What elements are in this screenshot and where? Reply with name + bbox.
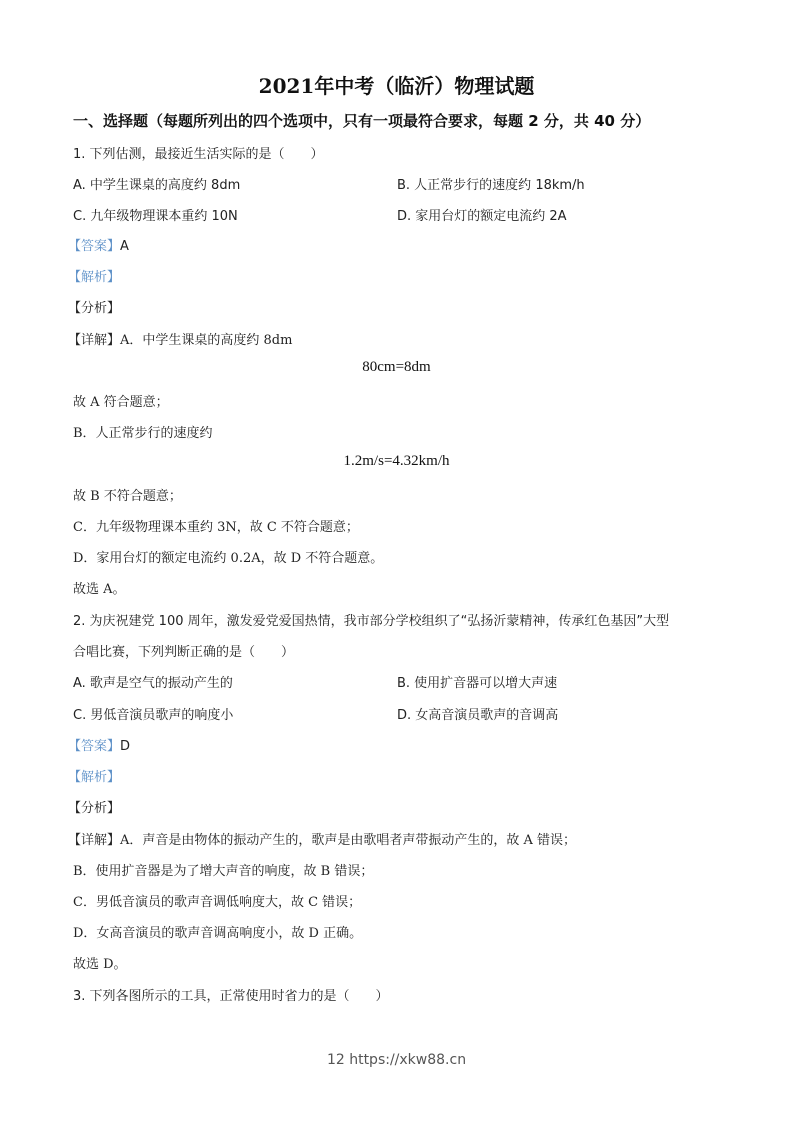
q1-detail-line: C．九年级物理课本重约 3N，故 C 不符合题意； bbox=[73, 516, 359, 535]
q1-equation: 1.2m/s=4.32km/h bbox=[0, 453, 793, 470]
q2-detail-line: C．男低音演员的歌声音调低响度大，故 C 错误； bbox=[73, 891, 361, 910]
q1-detail-line: 故 A 符合题意； bbox=[73, 391, 169, 410]
q2-option-b: B. 使用扩音器可以增大声速 bbox=[397, 672, 557, 691]
answer-value: A bbox=[120, 239, 129, 254]
q2-detail-line: 故选 D。 bbox=[73, 953, 127, 972]
q2-detail-line: B．使用扩音器是为了增大声音的响度，故 B 错误； bbox=[73, 860, 373, 879]
question-2-stem-line2: 合唱比赛，下列判断正确的是（ ） bbox=[73, 641, 294, 660]
question-1-stem: 1. 下列估测，最接近生活实际的是（ ） bbox=[73, 143, 324, 162]
q1-detail-line: 故 B 不符合题意； bbox=[73, 485, 182, 504]
q1-detail-line: 故选 A。 bbox=[73, 578, 126, 597]
q1-fenxi-label: 【分析】 bbox=[68, 297, 120, 316]
section-heading: 一、选择题（每题所列出的四个选项中，只有一项最符合要求，每题 2 分，共 40 … bbox=[73, 110, 650, 131]
q2-option-c: C. 男低音演员歌声的响度小 bbox=[73, 704, 233, 723]
answer-label: 【答案】 bbox=[68, 739, 120, 754]
q1-detail-line: 【详解】A．中学生课桌的高度约 8dm bbox=[68, 329, 292, 348]
q1-analysis-label: 【解析】 bbox=[68, 266, 120, 285]
q1-equation: 80cm=8dm bbox=[0, 359, 793, 376]
answer-label: 【答案】 bbox=[68, 239, 120, 254]
q1-option-c: C. 九年级物理课本重约 10N bbox=[73, 205, 238, 224]
q1-detail-line: B．人正常步行的速度约 bbox=[73, 422, 213, 441]
q1-option-d: D. 家用台灯的额定电流约 2A bbox=[397, 205, 567, 224]
q2-option-d: D. 女高音演员歌声的音调高 bbox=[397, 704, 558, 723]
q2-fenxi-label: 【分析】 bbox=[68, 797, 120, 816]
q1-answer: 【答案】A bbox=[68, 235, 129, 254]
question-2-stem-line1: 2. 为庆祝建党 100 周年，激发爱党爱国热情，我市部分学校组织了“弘扬沂蒙精… bbox=[73, 610, 669, 629]
page-footer: 12 https://xkw88.cn bbox=[0, 1052, 793, 1068]
document-title: 2021年中考（临沂）物理试题 bbox=[0, 70, 793, 99]
question-3-stem: 3. 下列各图所示的工具，正常使用时省力的是（ ） bbox=[73, 985, 389, 1004]
q1-detail-line: D．家用台灯的额定电流约 0.2A，故 D 不符合题意。 bbox=[73, 547, 383, 566]
q1-option-b: B. 人正常步行的速度约 18km/h bbox=[397, 174, 585, 193]
document-page: 2021年中考（临沂）物理试题 一、选择题（每题所列出的四个选项中，只有一项最符… bbox=[0, 0, 793, 1122]
answer-value: D bbox=[120, 739, 130, 754]
q2-detail-line: 【详解】A．声音是由物体的振动产生的，歌声是由歌唱者声带振动产生的，故 A 错误… bbox=[68, 829, 576, 848]
q2-answer: 【答案】D bbox=[68, 735, 130, 754]
q2-detail-line: D．女高音演员的歌声音调高响度小，故 D 正确。 bbox=[73, 922, 362, 941]
q2-option-a: A. 歌声是空气的振动产生的 bbox=[73, 672, 233, 691]
q1-option-a: A. 中学生课桌的高度约 8dm bbox=[73, 174, 240, 193]
q2-analysis-label: 【解析】 bbox=[68, 766, 120, 785]
